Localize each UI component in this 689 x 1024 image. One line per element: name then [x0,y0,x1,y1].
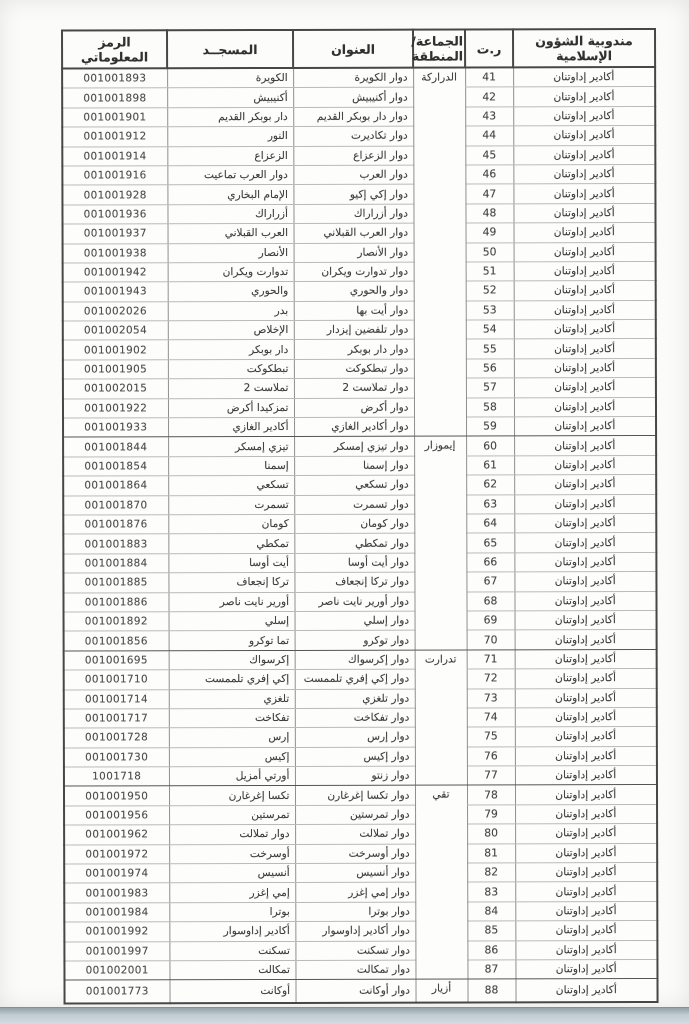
mosque-name-cell: أكنيبيش [167,88,293,108]
info-code-cell: 001001730 [64,747,169,767]
address-cell: دوار تمكالت [295,960,415,980]
table-row: أكادير إداوتنان50دوار الأنصارالأنصار0010… [63,242,656,263]
table-row: أكادير إداوتنان56دوار تبطكوكتتبطكوكت0010… [63,358,656,379]
row-number-cell: 72 [467,669,515,689]
info-code-cell: 001002054 [63,321,168,341]
address-cell: دوار أزراراك [293,204,413,224]
mosque-name-cell: إرس [169,728,295,748]
table-row: أكادير إداوتنان74دوار تفكاختتفكاخت001001… [64,707,657,728]
row-number-cell: 87 [467,960,515,980]
table-row: أكادير إداوتنان62دوار تسكعيتسكعي00100186… [63,475,656,496]
delegation-cell: أكادير إداوتنان [515,921,657,941]
address-cell: دوار بوترا [295,902,415,922]
info-code-cell: 001001870 [63,495,168,515]
info-code-cell: 001001714 [64,689,169,709]
scan-edge-band [0,1007,689,1024]
mosque-name-cell: إسمنا [168,456,294,476]
address-cell: دوار تسكعي [294,475,414,495]
mosque-name-cell: إكي إفري تلممست [169,670,295,690]
table-row: أكادير إداوتنان54دوار تلفضين إيزدارالإخل… [63,320,656,341]
address-cell: دوار أيت أوسا [294,553,414,573]
delegation-cell: أكادير إداوتنان [514,300,656,320]
mosque-name-cell: تسمرت [168,495,294,515]
row-number-cell: 67 [466,572,514,592]
row-number-cell: 55 [466,339,514,359]
info-code-cell: 001001992 [64,922,169,942]
delegation-cell: أكادير إداوتنان [515,940,657,960]
address-cell: دوار إكيس [295,747,415,767]
delegation-cell: أكادير إداوتنان [514,358,656,378]
table-row: أكادير إداوتنان79دوار تمرستينتمرستين0010… [64,804,657,825]
row-number-cell: 88 [467,979,515,1002]
info-code-cell: 001001912 [62,127,167,147]
column-header-code: الرمز المعلوماتي [62,30,167,68]
row-number-cell: 86 [467,940,515,960]
info-code-cell: 001001936 [62,205,167,225]
row-number-cell: 57 [466,378,514,398]
delegation-cell: أكادير إداوتنان [514,223,656,243]
info-code-cell: 001001902 [63,340,168,360]
info-code-cell: 001001942 [63,263,168,283]
address-cell: دوار والحوري [294,281,414,301]
row-number-cell: 71 [467,650,515,670]
paper-sheet: مندوبية الشؤون الإسلاميةر.تالجماعة/المنط… [0,0,689,1008]
table-row: أكادير إداوتنان70دوار توكروتما توكرو0010… [64,630,657,651]
info-code-cell: 001001893 [62,68,167,88]
info-code-cell: 001001983 [64,883,169,903]
table-row: أكادير إداوتنان42دوار أكنيبيشأكنيبيش0010… [62,87,655,108]
delegation-cell: أكادير إداوتنان [514,455,656,475]
row-number-cell: 60 [466,436,514,456]
info-code-cell: 001001937 [63,224,168,244]
delegation-cell: أكادير إداوتنان [514,261,656,281]
table-row: أكادير إداوتنان52دوار والحوريوالحوري0010… [63,281,656,302]
mosque-name-cell: تمزكيدا أكرض [168,398,294,418]
row-number-cell: 58 [466,398,514,418]
info-code-cell: 001001914 [62,146,167,166]
table-header: مندوبية الشؤون الإسلاميةر.تالجماعة/المنط… [62,29,655,69]
address-cell: دوار أكادير إداوسوار [295,921,415,941]
table-row: أكادير إداوتنان49دوار العرب القبلانيالعر… [63,223,656,244]
mosque-name-cell: تملاست 2 [168,379,294,399]
info-code-cell: 001001884 [63,554,168,574]
row-number-cell: 53 [466,301,514,321]
address-cell: دوار تبطكوكت [294,359,414,379]
address-cell: دوار تفكاخت [295,708,415,728]
address-cell: دوار تمرستين [295,805,415,825]
row-number-cell: 73 [467,688,515,708]
mosque-name-cell: أورير نايت ناصر [168,592,294,612]
delegation-cell: أكادير إداوتنان [514,533,656,553]
mosque-name-cell: بدر [168,301,294,321]
mosque-name-cell: تسكنت [169,941,295,961]
table-row: أكادير إداوتنان45دوار الزعزاعالزعزاع0010… [62,145,655,166]
table-body: أكادير إداوتنان41الدراركةدوار الكويرةالك… [62,67,657,1003]
info-code-cell: 001001901 [62,108,167,128]
table-row: أكادير إداوتنان72دوار إكي إفري تلممستإكي… [64,669,657,690]
delegation-cell: أكادير إداوتنان [513,203,655,223]
info-code-cell: 001001892 [64,612,169,632]
table-row: أكادير إداوتنان43دوار دار بوبكر القديمدا… [62,106,655,127]
mosque-name-cell: النور [167,127,293,147]
row-number-cell: 62 [466,475,514,495]
delegation-cell: أكادير إداوتنان [514,494,656,514]
mosque-name-cell: تلغزي [169,689,295,709]
address-cell: دوار إكرسواك [295,650,415,670]
table-row: أكادير إداوتنان83دوار إمي إغزرإمي إغزر00… [64,882,657,903]
info-code-cell: 001001972 [64,844,169,864]
row-number-cell: 51 [466,262,514,282]
delegation-cell: أكادير إداوتنان [513,126,655,146]
info-code-cell: 001001717 [64,709,169,729]
row-number-cell: 52 [466,281,514,301]
row-number-cell: 49 [466,223,514,243]
address-cell: دوار تكسا إغرغارن [295,786,415,806]
table-row: أكادير إداوتنان63دوار تسمرتتسمرت00100187… [63,494,656,515]
region-cell: تقي [415,785,468,979]
row-number-cell: 76 [467,747,515,767]
table-row: أكادير إداوتنان47دوار إكي إكيوالإمام الب… [62,184,655,205]
mosque-name-cell: أوسرخت [169,844,295,864]
row-number-cell: 64 [466,514,514,534]
address-cell: دوار إرس [295,727,415,747]
row-number-cell: 77 [467,766,515,786]
region-cell: تدرارت [415,650,467,786]
delegation-cell: أكادير إداوتنان [515,804,657,824]
row-number-cell: 47 [465,184,513,204]
row-number-cell: 46 [465,165,513,185]
delegation-cell: أكادير إداوتنان [514,552,656,572]
delegation-cell: أكادير إداوتنان [514,572,656,592]
address-cell: دوار أوسرخت [295,844,415,864]
row-number-cell: 45 [465,145,513,165]
address-cell: دوار الكويرة [293,68,413,88]
mosque-name-cell: تما توكرو [169,631,295,651]
delegation-cell: أكادير إداوتنان [514,513,656,533]
mosque-name-cell: أوكانت [169,980,295,1003]
mosque-table: مندوبية الشؤون الإسلاميةر.تالجماعة/المنط… [61,28,659,1004]
row-number-cell: 70 [467,630,515,650]
mosque-name-cell: تبطكوكت [168,359,294,379]
table-row: أكادير إداوتنان88أزياردوار أوكانتأوكانت0… [64,979,657,1003]
delegation-cell: أكادير إداوتنان [513,106,655,126]
info-code-cell: 001001885 [63,573,168,593]
mosque-name-cell: تمرستين [169,805,295,825]
table-row: أكادير إداوتنان77دوار زنتوأورتي أمزيل100… [64,766,657,787]
row-number-cell: 54 [466,320,514,340]
mosque-name-cell: تدوارت ويكران [168,262,294,282]
info-code-cell: 001001773 [64,980,169,1003]
mosque-name-cell: أكادير إداوسوار [169,922,295,942]
address-cell: دوار تدوارت ويكران [294,262,414,282]
table-row: أكادير إداوتنان86دوار تسكنتتسكنت00100199… [64,940,657,961]
delegation-cell: أكادير إداوتنان [515,882,657,902]
info-code-cell: 1001718 [64,767,169,787]
mosque-name-cell: كومان [168,514,294,534]
region-cell: أزيار [415,979,467,1002]
row-number-cell: 59 [466,417,514,437]
address-cell: دوار تلغزي [295,689,415,709]
mosque-name-cell: الأنصار [168,243,294,263]
row-number-cell: 66 [466,553,514,573]
info-code-cell: 001001864 [63,476,168,496]
mosque-name-cell: إمي إغزر [169,883,295,903]
delegation-cell: أكادير إداوتنان [515,824,657,844]
delegation-cell: أكادير إداوتنان [515,979,657,1002]
mosque-name-cell: تمكالت [169,960,295,980]
info-code-cell: 001001922 [63,398,168,418]
delegation-cell: أكادير إداوتنان [515,669,657,689]
info-code-cell: 001001905 [63,360,168,380]
table-row: أكادير إداوتنان64دوار كومانكومان00100187… [63,513,656,534]
mosque-name-cell: إكيس [169,747,295,767]
row-number-cell: 82 [467,863,515,883]
mosque-name-cell: بوترا [169,902,295,922]
address-cell: دوار العرب [293,165,413,185]
mosque-name-cell: تكسا إغرغارن [169,786,295,806]
mosque-name-cell: تسكعي [168,476,294,496]
info-code-cell: 001001728 [64,728,169,748]
region-cell: إيموزار [414,436,467,649]
address-cell: دوار العرب القبلاني [294,223,414,243]
address-cell: دوار تمكطي [294,534,414,554]
mosque-name-cell: أيت أوسا [168,553,294,573]
table-row: أكادير إداوتنان67دوار تركا إنجعافتركا إن… [63,572,656,593]
delegation-cell: أكادير إداوتنان [515,649,657,669]
table-row: أكادير إداوتنان61دوار إسمناإسمنا00100185… [63,455,656,476]
row-number-cell: 74 [467,708,515,728]
info-code-cell: 001001854 [63,457,168,477]
table-row: أكادير إداوتنان55دوار دار بوبكردار بوبكر… [63,339,656,360]
address-cell: دوار الأنصار [294,243,414,263]
delegation-cell: أكادير إداوتنان [514,475,656,495]
address-cell: دوار كومان [294,514,414,534]
table-row: أكادير إداوتنان46دوار العربدوار العرب تم… [62,164,655,185]
mosque-name-cell: إكرسواك [169,650,295,670]
delegation-cell: أكادير إداوتنان [513,184,655,204]
info-code-cell: 001001984 [64,903,169,923]
row-number-cell: 68 [466,591,514,611]
row-number-cell: 44 [465,126,513,146]
row-number-cell: 83 [467,882,515,902]
row-number-cell: 84 [467,902,515,922]
mosque-name-cell: الزعزاع [167,146,293,166]
delegation-cell: أكادير إداوتنان [515,901,657,921]
info-code-cell: 001001898 [62,88,167,108]
info-code-cell: 001001883 [63,534,168,554]
column-header-mosque: المسجــد [167,30,293,68]
mosque-name-cell: دار بوبكر القديم [167,107,293,127]
address-cell: دوار إكي إكيو [293,184,413,204]
address-cell: دوار زنتو [295,766,415,786]
address-cell: دوار أنسيس [295,863,415,883]
table-row: أكادير إداوتنان60إيموزاردوار تيزي إمسكرت… [63,436,656,457]
table-row: أكادير إداوتنان51دوار تدوارت ويكرانتدوار… [63,261,656,282]
table-row: أكادير إداوتنان75دوار إرسإرس001001728 [64,727,657,748]
mosque-name-cell: أورتي أمزيل [169,767,295,787]
scanned-document-page: مندوبية الشؤون الإسلاميةر.تالجماعة/المنط… [0,0,689,1024]
row-number-cell: 69 [467,611,515,631]
delegation-cell: أكادير إداوتنان [515,843,657,863]
mosque-name-cell: العرب القبلاني [168,224,294,244]
delegation-cell: أكادير إداوتنان [513,67,655,87]
delegation-cell: أكادير إداوتنان [514,417,656,437]
address-cell: دوار تسكنت [295,941,415,961]
table-row: أكادير إداوتنان82دوار أنسيسأنسيس00100197… [64,863,657,884]
info-code-cell: 001001928 [62,185,167,205]
delegation-cell: أكادير إداوتنان [514,320,656,340]
mosque-name-cell: دوار تملالت [169,825,295,845]
address-cell: دوار توكرو [295,630,415,650]
info-code-cell: 001001856 [64,631,169,651]
mosque-name-cell: الإمام البخاري [167,185,293,205]
info-code-cell: 001001695 [64,650,169,670]
table-row: أكادير إداوتنان41الدراركةدوار الكويرةالك… [62,67,655,88]
delegation-cell: أكادير إداوتنان [514,397,656,417]
mosque-name-cell: الإخلاص [168,321,294,341]
delegation-cell: أكادير إداوتنان [514,378,656,398]
row-number-cell: 85 [467,921,515,941]
row-number-cell: 79 [467,805,515,825]
column-header-address: العنوان [293,30,413,68]
address-cell: دوار دار بوبكر القديم [293,107,413,127]
delegation-cell: أكادير إداوتنان [515,766,657,786]
address-cell: دوار أوكانت [295,979,415,1002]
delegation-cell: أكادير إداوتنان [515,746,657,766]
mosque-name-cell: إسلي [169,611,295,631]
address-cell: دوار تكاديرت [293,126,413,146]
row-number-cell: 75 [467,727,515,747]
delegation-cell: أكادير إداوتنان [515,610,657,630]
address-cell: دوار أيت بها [294,301,414,321]
address-cell: دوار إسمنا [294,456,414,476]
table-row: أكادير إداوتنان81دوار أوسرختأوسرخت001001… [64,843,657,864]
address-cell: دوار تسمرت [294,495,414,515]
table-row: أكادير إداوتنان80دوار تملالتدوار تملالت0… [64,824,657,845]
delegation-cell: أكادير إداوتنان [515,785,657,805]
address-cell: دوار أكادير الغازي [294,417,414,437]
mosque-name-cell: الكويرة [167,68,293,88]
delegation-cell: أكادير إداوتنان [515,707,657,727]
info-code-cell: 001002001 [64,961,169,981]
mosque-name-cell: أزراراك [167,204,293,224]
row-number-cell: 48 [465,204,513,224]
table-row: أكادير إداوتنان87دوار تمكالتتمكالت001002… [64,959,657,980]
column-header-num: ر.ت [465,29,513,67]
info-code-cell: 001002026 [63,301,168,321]
row-number-cell: 43 [465,107,513,127]
address-cell: دوار تملالت [295,824,415,844]
row-number-cell: 80 [467,824,515,844]
table-row: أكادير إداوتنان84دوار بوترابوترا00100198… [64,901,657,922]
column-header-region: الجماعة/المنطقة [413,30,465,68]
mosque-name-cell: والحوري [168,282,294,302]
table-row: أكادير إداوتنان48دوار أزراراكأزراراك0010… [62,203,655,224]
delegation-cell: أكادير إداوتنان [515,688,657,708]
table-row: أكادير إداوتنان44دوار تكاديرتالنور001001… [62,126,655,147]
delegation-cell: أكادير إداوتنان [515,630,657,650]
column-header-delegation: مندوبية الشؤون الإسلامية [513,29,655,67]
mosque-name-cell: أكادير الغازي [168,417,294,437]
row-number-cell: 42 [465,87,513,107]
table-row: أكادير إداوتنان73دوار تلغزيتلغزي00100171… [64,688,657,709]
row-number-cell: 81 [467,843,515,863]
delegation-cell: أكادير إداوتنان [515,863,657,883]
header-row: مندوبية الشؤون الإسلاميةر.تالجماعة/المنط… [62,29,655,69]
mosque-name-cell: تمكطي [168,534,294,554]
table-row: أكادير إداوتنان85دوار أكادير إداوسوارأكا… [64,921,657,942]
address-cell: دوار أكرض [294,398,414,418]
mosque-name-cell: دوار العرب تماعيت [167,165,293,185]
mosque-name-cell: تفكاخت [169,708,295,728]
table-row: أكادير إداوتنان76دوار إكيسإكيس001001730 [64,746,657,767]
delegation-cell: أكادير إداوتنان [513,164,655,184]
info-code-cell: 001001886 [63,592,168,612]
address-cell: دوار إسلي [295,611,415,631]
info-code-cell: 001001876 [63,515,168,535]
delegation-cell: أكادير إداوتنان [515,727,657,747]
address-cell: دوار دار بوبكر [294,340,414,360]
info-code-cell: 001001950 [64,786,169,806]
address-cell: دوار تلفضين إيزدار [294,320,414,340]
table-row: أكادير إداوتنان65دوار تمكطيتمكطي00100188… [63,533,656,554]
mosque-name-cell: تركا إنجعاف [168,573,294,593]
address-cell: دوار تملاست 2 [294,378,414,398]
table-row: أكادير إداوتنان78تقيدوار تكسا إغرغارنتكس… [64,785,657,806]
table-row: أكادير إداوتنان71تدرارتدوار إكرسواكإكرسو… [64,649,657,670]
info-code-cell: 001001933 [63,418,168,438]
mosque-name-cell: تيزي إمسكر [168,437,294,457]
address-cell: دوار الزعزاع [293,146,413,166]
delegation-cell: أكادير إداوتنان [514,591,656,611]
mosque-name-cell: دار بوبكر [168,340,294,360]
table-row: أكادير إداوتنان57دوار تملاست 2تملاست 200… [63,378,656,399]
delegation-cell: أكادير إداوتنان [513,87,655,107]
info-code-cell: 001001956 [64,806,169,826]
delegation-cell: أكادير إداوتنان [515,959,657,979]
info-code-cell: 001001962 [64,825,169,845]
row-number-cell: 41 [465,67,513,87]
row-number-cell: 56 [466,359,514,379]
table-row: أكادير إداوتنان53دوار أيت بهابدر00100202… [63,300,656,321]
address-cell: دوار تركا إنجعاف [294,572,414,592]
delegation-cell: أكادير إداوتنان [513,145,655,165]
delegation-cell: أكادير إداوتنان [514,242,656,262]
address-cell: دوار إكي إفري تلممست [295,669,415,689]
info-code-cell: 001001710 [64,670,169,690]
row-number-cell: 63 [466,494,514,514]
delegation-cell: أكادير إداوتنان [514,436,656,456]
info-code-cell: 001001997 [64,941,169,961]
row-number-cell: 78 [467,785,515,805]
info-code-cell: 001001943 [63,282,168,302]
delegation-cell: أكادير إداوتنان [514,339,656,359]
table-row: أكادير إداوتنان69دوار إسليإسلي001001892 [64,610,657,631]
info-code-cell: 001001916 [62,166,167,186]
info-code-cell: 001001844 [63,437,168,457]
address-cell: دوار أكنيبيش [293,88,413,108]
region-cell: الدراركة [413,67,466,436]
info-code-cell: 001002015 [63,379,168,399]
table-row: أكادير إداوتنان68دوار أورير نايت ناصرأور… [63,591,656,612]
row-number-cell: 61 [466,456,514,476]
row-number-cell: 65 [466,533,514,553]
mosque-name-cell: أنسيس [169,863,295,883]
delegation-cell: أكادير إداوتنان [514,281,656,301]
table-row: أكادير إداوتنان58دوار أكرضتمزكيدا أكرض00… [63,397,656,418]
address-cell: دوار تيزي إمسكر [294,437,414,457]
table-row: أكادير إداوتنان66دوار أيت أوساأيت أوسا00… [63,552,656,573]
